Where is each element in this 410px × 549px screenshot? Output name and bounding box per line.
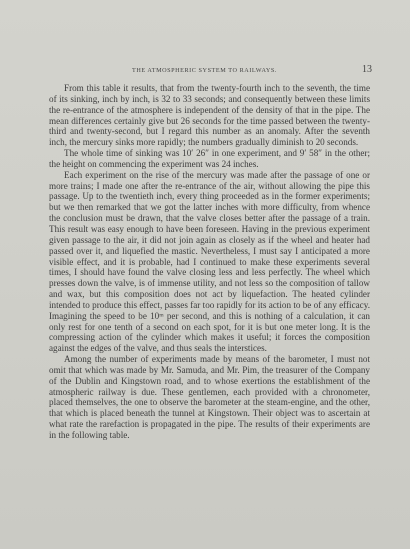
- body-text: From this table it results, that from th…: [49, 83, 370, 441]
- paragraph-barometer-experiments: Among the number of experiments made by …: [49, 354, 370, 441]
- paragraph-mercury-rise: Each experiment on the rise of the mercu…: [49, 170, 370, 354]
- running-title: THE ATMOSPHERIC SYSTEM TO RAILWAYS.: [132, 67, 277, 74]
- book-page: THE ATMOSPHERIC SYSTEM TO RAILWAYS. 13 F…: [49, 64, 370, 441]
- paragraph-sinking-time: The whole time of sinking was 10′ 26″ in…: [49, 148, 370, 170]
- running-head: THE ATMOSPHERIC SYSTEM TO RAILWAYS. 13: [49, 64, 370, 78]
- paragraph-table-results: From this table it results, that from th…: [49, 83, 370, 148]
- page-number: 13: [362, 64, 372, 75]
